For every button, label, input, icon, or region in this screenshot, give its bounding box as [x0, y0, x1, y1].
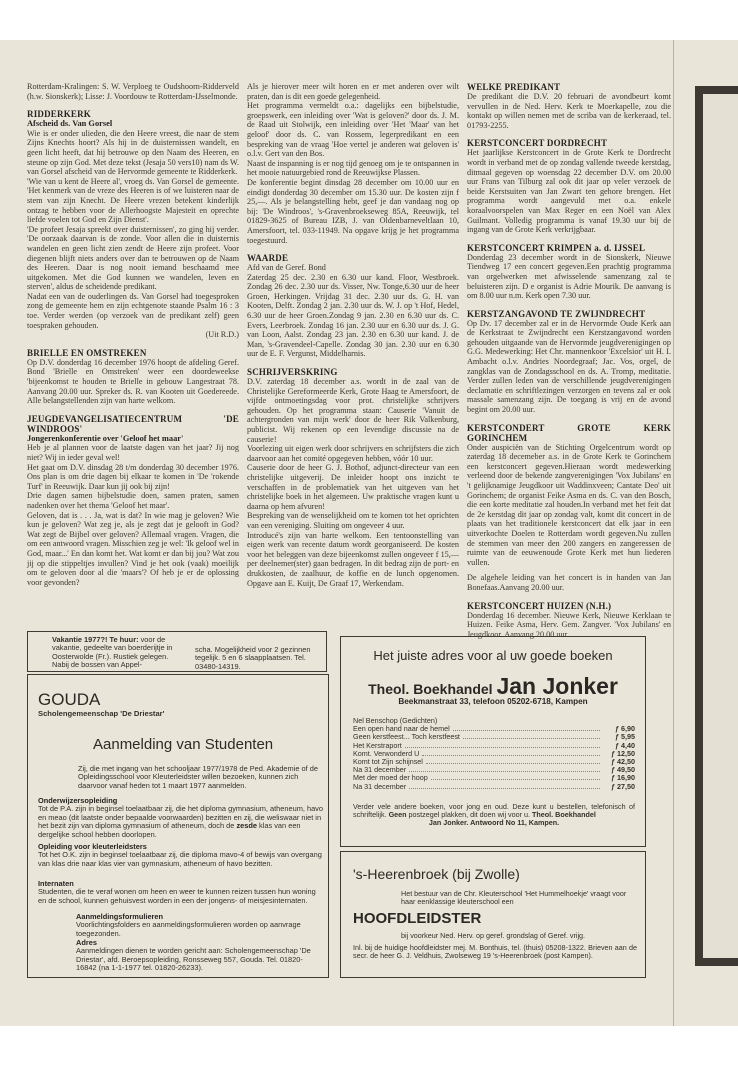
welke-text: De predikant die D.V. 20 februari de avo…: [467, 92, 671, 130]
gouda-section-kleuterleidsters: Opleiding voor kleuterleidsters Tot het …: [38, 843, 323, 868]
book-title: Na 31 december: [353, 783, 406, 791]
zwijndrecht-text: Op Dv. 17 december zal er in de Hervormd…: [467, 319, 671, 415]
windroos-subheading: Jongerenkonferentie over 'Geloof het maa…: [27, 434, 239, 444]
brielle-text: Op D.V. donderdag 16 december 1976 hoopt…: [27, 358, 239, 406]
schrijverskring-paragraph: D.V. zaterdag 18 december a.s. wordt in …: [247, 377, 459, 444]
waarde-heading: WAARDE: [247, 253, 459, 263]
gouda-section-internaten: Internaten Studenten, die te veraf wonen…: [38, 880, 323, 905]
windroos-paragraph: Heb je al plannen voor de laatste dagen …: [27, 443, 239, 462]
gorinchem-heading: KERSTCONDERT GROTE KERK GORINCHEM: [467, 423, 671, 443]
windroos-paragraph: Het gaat om D.V. dinsdag 28 t/m donderda…: [27, 463, 239, 492]
leader-dots: [431, 779, 600, 780]
welke-heading: WELKE PREDIKANT: [467, 82, 671, 92]
ridderkerk-heading: RIDDERKERK: [27, 109, 239, 119]
leader-dots: [409, 771, 600, 772]
leader-dots: [422, 755, 600, 756]
windroos-paragraph: Drie dagen samen bijbelstudie doen, same…: [27, 491, 239, 510]
book-price: ƒ 27,50: [603, 783, 635, 791]
vakantie-ad-left: Vakantie 1977?! Te huur: voor de vakanti…: [52, 636, 184, 670]
ridderkerk-paragraph: 'De profeet Jesaja spreekt over duistern…: [27, 225, 239, 292]
gorinchem-paragraph: De algehele leiding van het concert is i…: [467, 573, 671, 592]
jonker-name-main: Jan Jonker: [496, 673, 617, 699]
jonker-footer: Verder vele andere boeken, voor jong en …: [353, 803, 635, 828]
windroos-continued: Naast de inspanning is er nog tijd genoe…: [247, 159, 459, 178]
section-text: Tot het O.K. zijn in beginsel toelaatbaa…: [38, 850, 322, 867]
column-3: WELKE PREDIKANT De predikant die D.V. 20…: [467, 82, 671, 639]
gouda-section-formulieren: Aanmeldingsformulieren Voorlichtingsfold…: [76, 913, 321, 938]
section-text: Voorlichtingsfolders en aanmeldingsformu…: [76, 920, 301, 937]
vakantie-ad: Vakantie 1977?! Te huur: voor de vakanti…: [27, 631, 327, 672]
windroos-continued: De konferentie begint dinsdag 28 decembe…: [247, 178, 459, 245]
jonker-address: Beekmanstraat 33, telefoon 05202-6718, K…: [341, 698, 645, 706]
ridderkerk-subheading: Afscheid ds. Van Gorsel: [27, 119, 239, 129]
intro-text: Rotterdam-Kralingen: S. W. Verploeg te O…: [27, 82, 239, 101]
ridderkerk-paragraph: 'Wie van u kent de Heere al', vroeg ds. …: [27, 177, 239, 225]
waarde-text: Zaterdag 25 dec. 2.30 en 6.30 uur kand. …: [247, 273, 459, 359]
section-bold-text: zesde: [236, 821, 257, 830]
footer-bold: Geen: [389, 810, 407, 819]
dordrecht-text: Het jaarlijkse Kerstconcert in de Grote …: [467, 148, 671, 234]
zwijndrecht-heading: KERSTZANGAVOND TE ZWIJNDRECHT: [467, 309, 671, 319]
ridderkerk-paragraph: Wie is er onder ulieden, die den Heere v…: [27, 129, 239, 177]
jonker-name-prefix: Theol. Boekhandel: [368, 681, 492, 697]
leader-dots: [426, 763, 600, 764]
jonker-bookshop-ad: Het juiste adres voor al uw goede boeken…: [340, 636, 646, 847]
leader-dots: [409, 788, 600, 789]
gouda-ad: GOUDA Scholengemeenschap 'De Driestar' A…: [27, 674, 329, 978]
heerenbroek-info: Inl. bij de huidige hoofdleidster mej. M…: [353, 944, 637, 960]
brielle-heading: BRIELLE EN OMSTREKEN: [27, 348, 239, 358]
schrijverskring-paragraph: Introducé's zijn van harte welkom. Een t…: [247, 531, 459, 589]
column-1: Rotterdam-Kralingen: S. W. Verploeg te O…: [27, 82, 239, 587]
vakantie-right-text: scha. Mogelijkheid voor 2 gezinnen tegel…: [195, 646, 325, 671]
jonker-book-list: Nel Benschop (Gedichten) Een open hand n…: [353, 717, 635, 791]
gouda-heading: Aanmelding van Studenten: [93, 736, 273, 753]
windroos-continued: Als je hierover meer wilt horen en er me…: [247, 82, 459, 101]
huizen-text: Donderdag 16 december. Nieuwe Kerk, Nieu…: [467, 611, 671, 640]
column-2: Als je hierover meer wilt horen en er me…: [247, 82, 459, 588]
gouda-section-adres: Adres Aanmeldingen dienen te worden geri…: [76, 939, 321, 973]
krimpen-text: Donderdag 23 december wordt in de Sionsk…: [467, 253, 671, 301]
schrijverskring-paragraph: Bespreking van de wenselijkheid om te ko…: [247, 511, 459, 530]
waarde-subline: Afd van de Geref. Bond: [247, 263, 459, 273]
heerenbroek-job-title: HOOFDLEIDSTER: [353, 910, 481, 927]
huizen-heading: KERSTCONCERT HUIZEN (N.H.): [467, 601, 671, 611]
book-list-item: Na 31 decemberƒ 27,50: [353, 783, 635, 791]
ridderkerk-source: (Uit R.D.): [27, 330, 239, 340]
jonker-slogan: Het juiste adres voor al uw goede boeken: [341, 648, 645, 663]
section-text: Aanmeldingen dienen te worden gericht aa…: [76, 946, 311, 972]
heerenbroek-preference: bij voorkeur Ned. Herv. op geref. gronds…: [401, 932, 637, 940]
krimpen-heading: KERSTCONCERT KRIMPEN a. d. IJSSEL: [467, 243, 671, 253]
dordrecht-heading: KERSTCONCERT DORDRECHT: [467, 138, 671, 148]
gouda-subtitle: Scholengemeenschap 'De Driestar': [38, 710, 164, 718]
gorinchem-paragraph: Onder auspiciën van de Stichting Orgelce…: [467, 443, 671, 568]
gouda-title: GOUDA: [38, 691, 100, 709]
adjacent-page-frame: [695, 86, 738, 966]
ridderkerk-paragraph: Nadat een van de ouderlingen ds. Van Gor…: [27, 292, 239, 330]
leader-dots: [463, 738, 600, 739]
windroos-continued: Het programma vermeldt o.a.: dagelijks e…: [247, 101, 459, 159]
page-fold-line: [673, 40, 674, 1026]
heerenbroek-vacancy-ad: 's-Heerenbroek (bij Zwolle) Het bestuur …: [340, 851, 646, 978]
section-text: Studenten, die te veraf wonen om heen en…: [38, 887, 316, 904]
leader-dots: [405, 747, 600, 748]
schrijverskring-paragraph: Voorlezing uit eigen werk door schrijver…: [247, 444, 459, 463]
schrijverskring-heading: SCHRIJVERSKRING: [247, 367, 459, 377]
heerenbroek-title: 's-Heerenbroek (bij Zwolle): [353, 866, 520, 882]
leader-dots: [453, 730, 600, 731]
heerenbroek-intro: Het bestuur van de Chr. Kleuterschool 'H…: [401, 890, 637, 906]
footer-center: Jan Jonker. Antwoord No 11, Kampen.: [353, 819, 635, 827]
windroos-heading: JEUGDEVANGELISATIECENTRUM 'DE WINDROOS': [27, 414, 239, 434]
gouda-section-onderwijzers: Onderwijzersopleiding Tot de P.A. zijn i…: [38, 797, 323, 839]
windroos-paragraph: Geloven, dat is . . . Ja, wat is dat? In…: [27, 511, 239, 588]
schrijverskring-paragraph: Causerie door de heer G. J. Bothof, adju…: [247, 463, 459, 511]
gouda-intro: Zij, die met ingang van het schooljaar 1…: [78, 765, 318, 790]
